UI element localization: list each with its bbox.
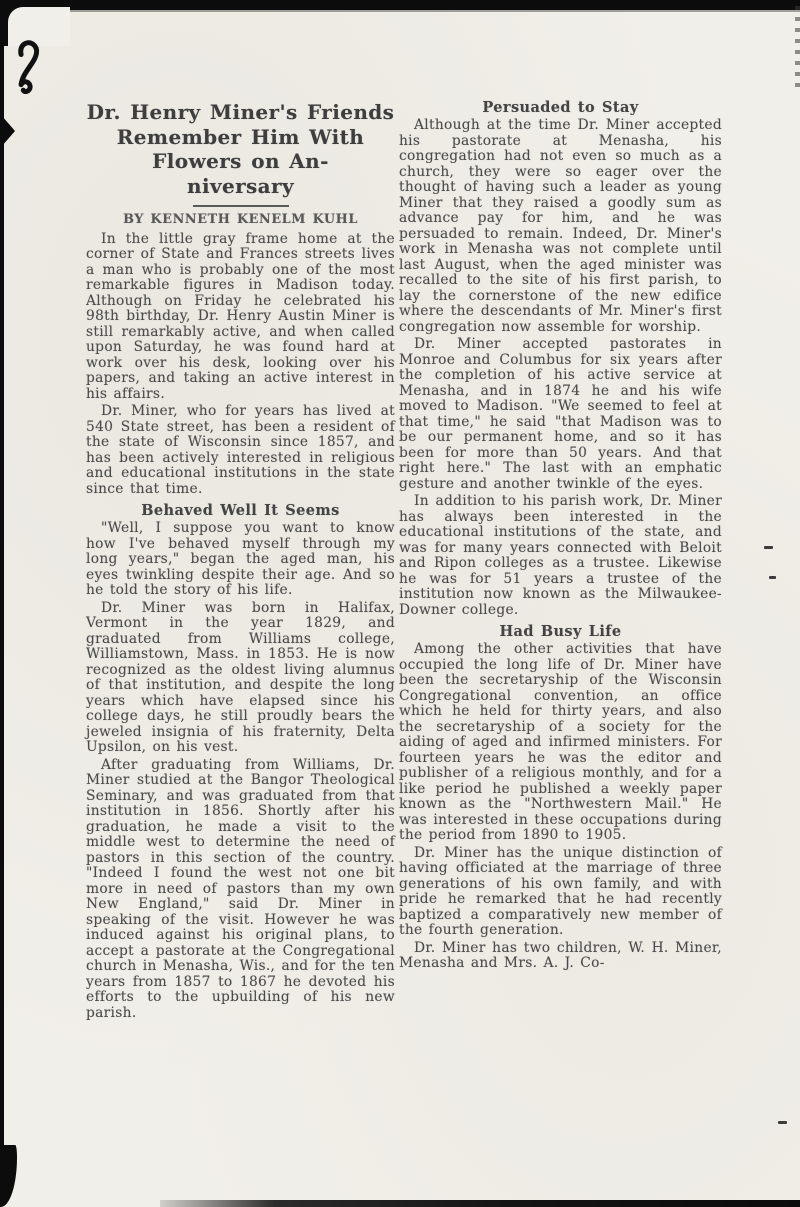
headline-line: Flowers on An- (86, 149, 395, 174)
article-paragraph: Dr. Miner was born in Halifax, Vermont i… (86, 601, 395, 756)
scan-blot-bottom-left (0, 1145, 17, 1207)
article-paragraph: Although at the time Dr. Miner accepted … (399, 118, 722, 335)
scan-speck (769, 576, 776, 579)
byline: BY KENNETH KENELM KUHL (86, 212, 395, 228)
article-headline: Dr. Henry Miner's Friends Remember Him W… (86, 100, 395, 198)
section-subheading: Had Busy Life (399, 623, 722, 640)
headline-line: Dr. Henry Miner's Friends (86, 100, 395, 125)
article-paragraph: Dr. Miner accepted pastorates in Monroe … (399, 337, 722, 492)
handwritten-page-number (13, 40, 47, 98)
scan-speck (778, 1121, 787, 1124)
article-paragraph: In addition to his parish work, Dr. Mine… (399, 494, 722, 618)
scan-border-left (0, 0, 4, 1162)
left-column-body: In the little gray frame home at the cor… (86, 232, 395, 1022)
article-paragraph: Dr. Miner, who for years has lived at 54… (86, 404, 395, 497)
headline-line: niversary (86, 174, 395, 199)
article-paragraph: After graduating from Williams, Dr. Mine… (86, 758, 395, 1022)
headline-line: Remember Him With (86, 125, 395, 150)
scan-border-top-fray (0, 10, 800, 12)
article-paragraph: "Well, I suppose you want to know how I'… (86, 521, 395, 599)
scan-border-bottom (160, 1200, 800, 1207)
article-paragraph: Dr. Miner has two children, W. H. Miner,… (399, 941, 722, 972)
scan-border-top (0, 0, 800, 10)
scan-specks-right-edge (795, 6, 800, 92)
scanned-newspaper-page: Dr. Henry Miner's Friends Remember Him W… (0, 0, 800, 1207)
article-paragraph: Among the other activities that have occ… (399, 642, 722, 844)
article-column-left: Dr. Henry Miner's Friends Remember Him W… (86, 96, 395, 1021)
scan-arrow-mark (2, 116, 15, 146)
headline-divider (193, 205, 289, 207)
scan-speck (764, 546, 773, 549)
article-paragraph: In the little gray frame home at the cor… (86, 232, 395, 403)
article-column-right: Persuaded to StayAlthough at the time Dr… (399, 96, 722, 972)
section-subheading: Persuaded to Stay (399, 99, 722, 116)
section-subheading: Behaved Well It Seems (86, 502, 395, 519)
article-paragraph: Dr. Miner has the unique distinction of … (399, 846, 722, 939)
